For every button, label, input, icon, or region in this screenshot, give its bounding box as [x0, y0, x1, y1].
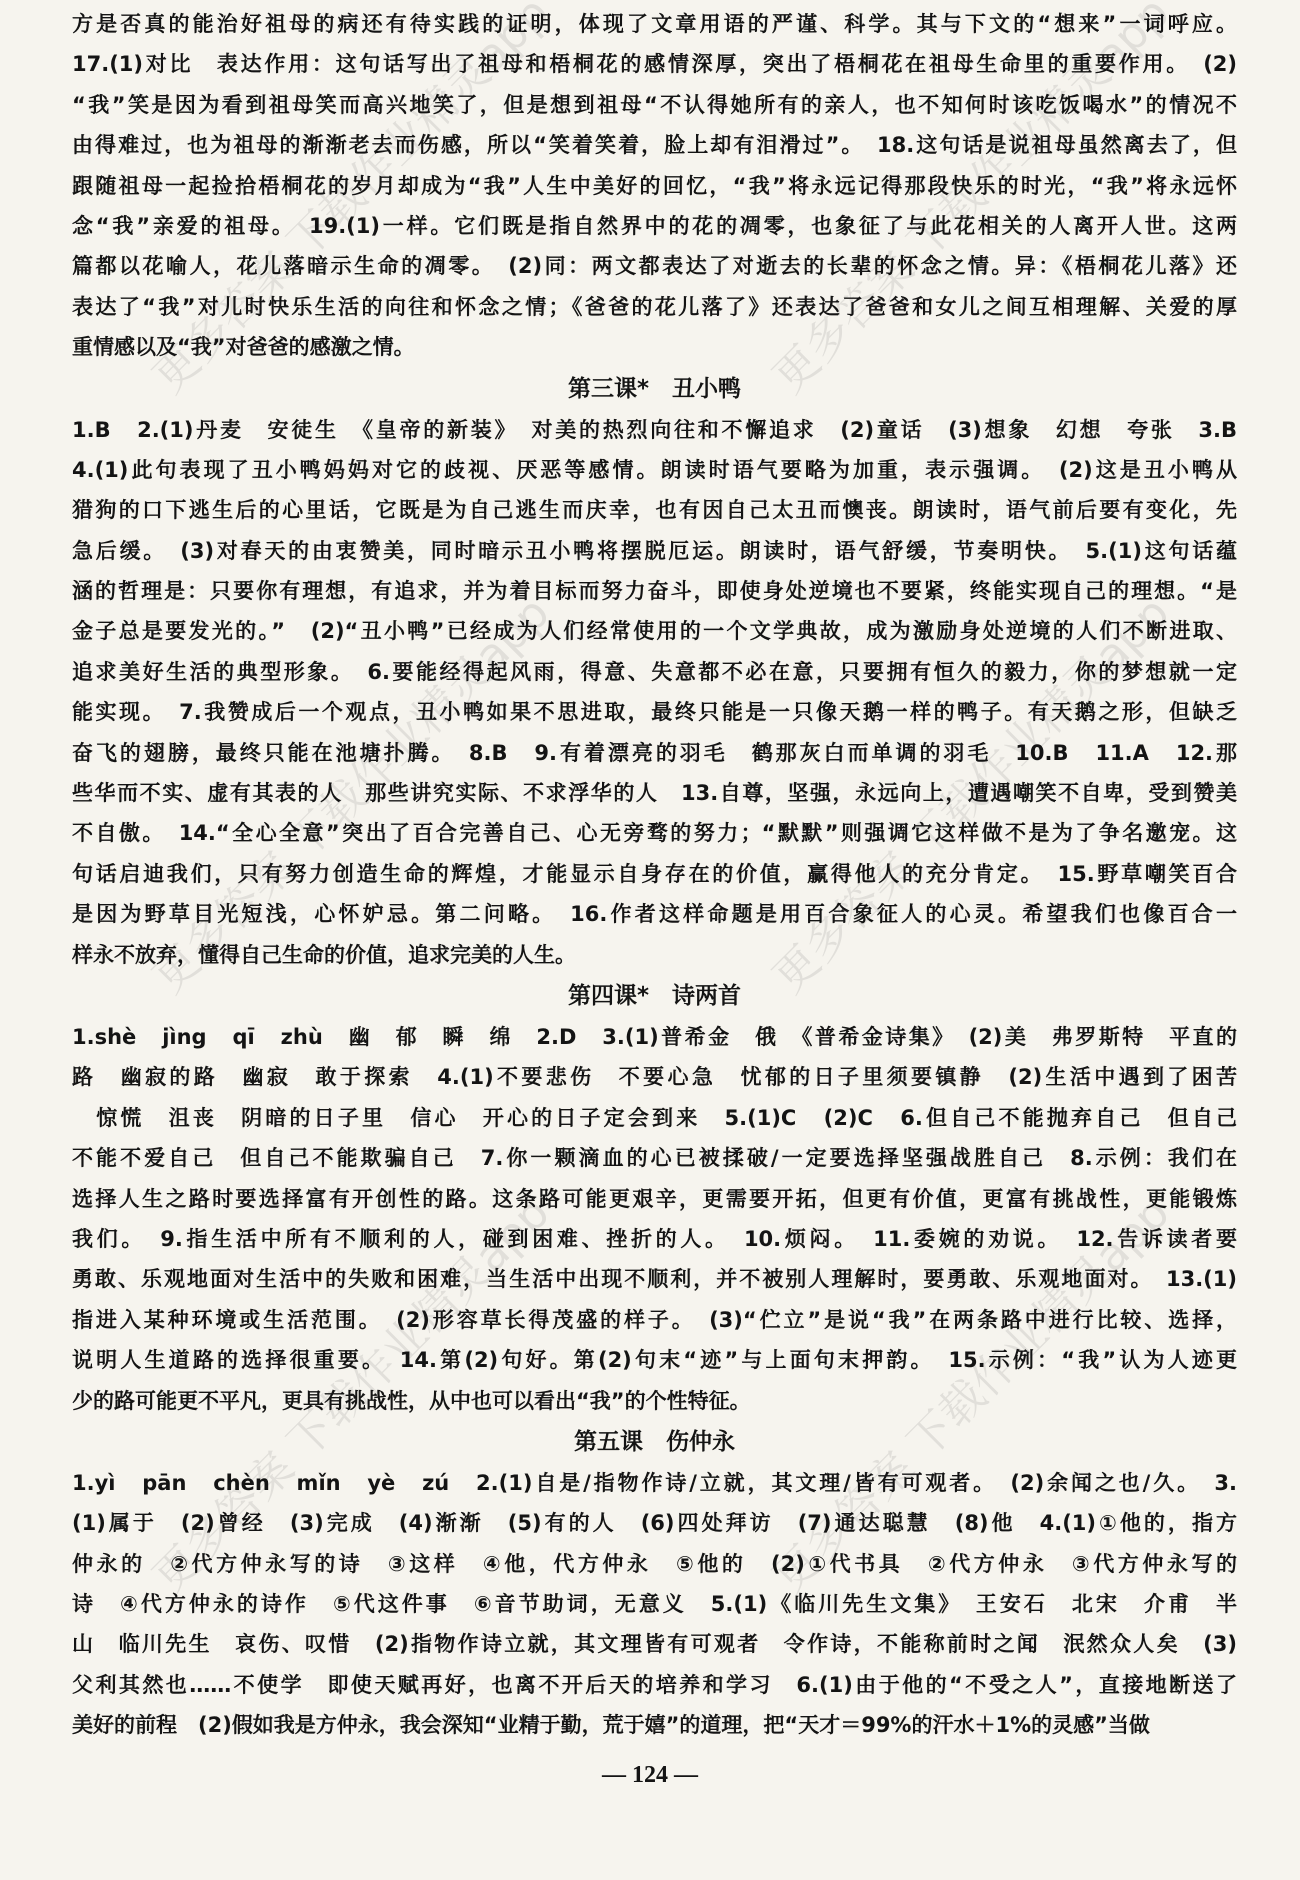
answer-line: 17.(1)对比 表达作用：这句话写出了祖母和梧桐花的感情深厚，突出了梧桐花在祖…	[72, 44, 1237, 84]
page-number: — 124 —	[0, 1762, 1300, 1789]
answer-line: 能实现。 7.我赞成后一个观点，丑小鸭如果不思进取，最终只能是一只像天鹅一样的鸭…	[72, 692, 1237, 732]
answer-line: 奋飞的翅膀，最终只能在池塘扑腾。 8.B 9.有着漂亮的羽毛 鹤那灰白而单调的羽…	[72, 733, 1237, 773]
answer-line: 惊慌 沮丧 阴暗的日子里 信心 开心的日子定会到来 5.(1)C (2)C 6.…	[72, 1098, 1237, 1138]
answer-line: 方是否真的能治好祖母的病还有待实践的证明，体现了文章用语的严谨、科学。其与下文的…	[72, 4, 1237, 44]
answer-line: 我们。 9.指生活中所有不顺利的人，碰到困难、挫折的人。 10.烦闷。 11.委…	[72, 1219, 1237, 1259]
answer-line: 跟随祖母一起捡拾梧桐花的岁月却成为“我”人生中美好的回忆，“我”将永远记得那段快…	[72, 166, 1237, 206]
lesson-heading: 第五课 伤仲永	[72, 1421, 1237, 1463]
answer-line: 念“我”亲爱的祖母。 19.(1)一样。它们既是指自然界中的花的凋零，也象征了与…	[72, 206, 1237, 246]
answer-line: 1.yì pān chèn mǐn yè zú 2.(1)自是/指物作诗/立就，…	[72, 1463, 1237, 1503]
answer-line: 追求美好生活的典型形象。 6.要能经得起风雨，得意、失意都不必在意，只要拥有恒久…	[72, 652, 1237, 692]
answer-line: 不自傲。 14.“全心全意”突出了百合完善自己、心无旁骛的努力；“默默”则强调它…	[72, 813, 1237, 853]
answer-line: 路 幽寂的路 幽寂 敢于探索 4.(1)不要悲伤 不要心急 忧郁的日子里须要镇静…	[72, 1057, 1237, 1097]
answer-line: 说明人生道路的选择很重要。 14.第(2)句好。第(2)句末“迹”与上面句末押韵…	[72, 1340, 1237, 1380]
answer-line: 仲永的 ②代方仲永写的诗 ③这样 ④他，代方仲永 ⑤他的 (2)①代书具 ②代方…	[72, 1544, 1237, 1584]
answer-line: 急后缓。 (3)对春天的由衷赞美，同时暗示丑小鸭将摆脱厄运。朗读时，语气舒缓，节…	[72, 531, 1237, 571]
answer-line: 指进入某种环境或生活范围。 (2)形容草长得茂盛的样子。 (3)“伫立”是说“我…	[72, 1300, 1237, 1340]
answer-line: “我”笑是因为看到祖母笑而高兴地笑了，但是想到祖母“不认得她所有的亲人，也不知何…	[72, 85, 1237, 125]
answer-line: 山 临川先生 哀伤、叹惜 (2)指物作诗立就，其文理皆有可观者 令作诗，不能称前…	[72, 1624, 1237, 1664]
answer-line: 勇敢、乐观地面对生活中的失败和困难，当生活中出现不顺利，并不被别人理解时，要勇敢…	[72, 1259, 1237, 1299]
answer-line: (1)属于 (2)曾经 (3)完成 (4)渐渐 (5)有的人 (6)四处拜访 (…	[72, 1503, 1237, 1543]
answer-line: 猎狗的口下逃生后的心里话，它既是为自己逃生而庆幸，也有因自己太丑而懊丧。朗读时，…	[72, 490, 1237, 530]
answer-line: 金子总是要发光的。” (2)“丑小鸭”已经成为人们经常使用的一个文学典故，成为激…	[72, 611, 1237, 651]
answer-line: 选择人生之路时要选择富有开创性的路。这条路可能更艰辛，更需要开拓，但更有价值，更…	[72, 1179, 1237, 1219]
section-continuation: 方是否真的能治好祖母的病还有待实践的证明，体现了文章用语的严谨、科学。其与下文的…	[72, 4, 1237, 368]
answer-line: 不能不爱自己 但自己不能欺骗自己 7.你一颗滴血的心已被揉破/一定要选择坚强战胜…	[72, 1138, 1237, 1178]
answer-line: 4.(1)此句表现了丑小鸭妈妈对它的歧视、厌恶等感情。朗读时语气要略为加重，表示…	[72, 450, 1237, 490]
answer-line: 是因为野草目光短浅，心怀妒忌。第二问略。 16.作者这样命题是用百合象征人的心灵…	[72, 894, 1237, 934]
answer-page: 方是否真的能治好祖母的病还有待实践的证明，体现了文章用语的严谨、科学。其与下文的…	[72, 4, 1237, 1746]
answer-line: 句话启迪我们，只有努力创造生命的辉煌，才能显示自身存在的价值，赢得他人的充分肯定…	[72, 854, 1237, 894]
section-lesson-4: 第四课* 诗两首1.shè jìng qī zhù 幽 郁 瞬 绵 2.D 3.…	[72, 975, 1237, 1421]
answer-line: 由得难过，也为祖母的渐渐老去而伤感，所以“笑着笑着，脸上却有泪滑过”。 18.这…	[72, 125, 1237, 165]
answer-line: 父利其然也……不使学 即使天赋再好，也离不开后天的培养和学习 6.(1)由于他的…	[72, 1665, 1237, 1705]
answer-line: 表达了“我”对儿时快乐生活的向往和怀念之情；《爸爸的花儿落了》还表达了爸爸和女儿…	[72, 287, 1237, 327]
answer-line: 重情感以及“我”对爸爸的感激之情。	[72, 327, 1237, 367]
section-lesson-5: 第五课 伤仲永1.yì pān chèn mǐn yè zú 2.(1)自是/指…	[72, 1421, 1237, 1746]
answer-line: 样永不放弃，懂得自己生命的价值，追求完美的人生。	[72, 935, 1237, 975]
answer-line: 1.B 2.(1)丹麦 安徒生 《皇帝的新装》 对美的热烈向往和不懈追求 (2)…	[72, 410, 1237, 450]
answer-line: 少的路可能更不平凡，更具有挑战性，从中也可以看出“我”的个性特征。	[72, 1381, 1237, 1421]
answer-line: 涵的哲理是：只要你有理想，有追求，并为着目标而努力奋斗，即使身处逆境也不要紧，终…	[72, 571, 1237, 611]
lesson-heading: 第四课* 诗两首	[72, 975, 1237, 1017]
answer-line: 篇都以花喻人，花儿落暗示生命的凋零。 (2)同：两文都表达了对逝去的长辈的怀念之…	[72, 246, 1237, 286]
answer-line: 1.shè jìng qī zhù 幽 郁 瞬 绵 2.D 3.(1)普希金 俄…	[72, 1017, 1237, 1057]
answer-line: 美好的前程 (2)假如我是方仲永，我会深知“业精于勤，荒于嬉”的道理，把“天才＝…	[72, 1705, 1237, 1745]
section-lesson-3: 第三课* 丑小鸭1.B 2.(1)丹麦 安徒生 《皇帝的新装》 对美的热烈向往和…	[72, 368, 1237, 975]
answer-line: 些华而不实、虚有其表的人 那些讲究实际、不求浮华的人 13.自尊，坚强，永远向上…	[72, 773, 1237, 813]
lesson-heading: 第三课* 丑小鸭	[72, 368, 1237, 410]
answer-line: 诗 ④代方仲永的诗作 ⑤代这件事 ⑥音节助词，无意义 5.(1)《临川先生文集》…	[72, 1584, 1237, 1624]
